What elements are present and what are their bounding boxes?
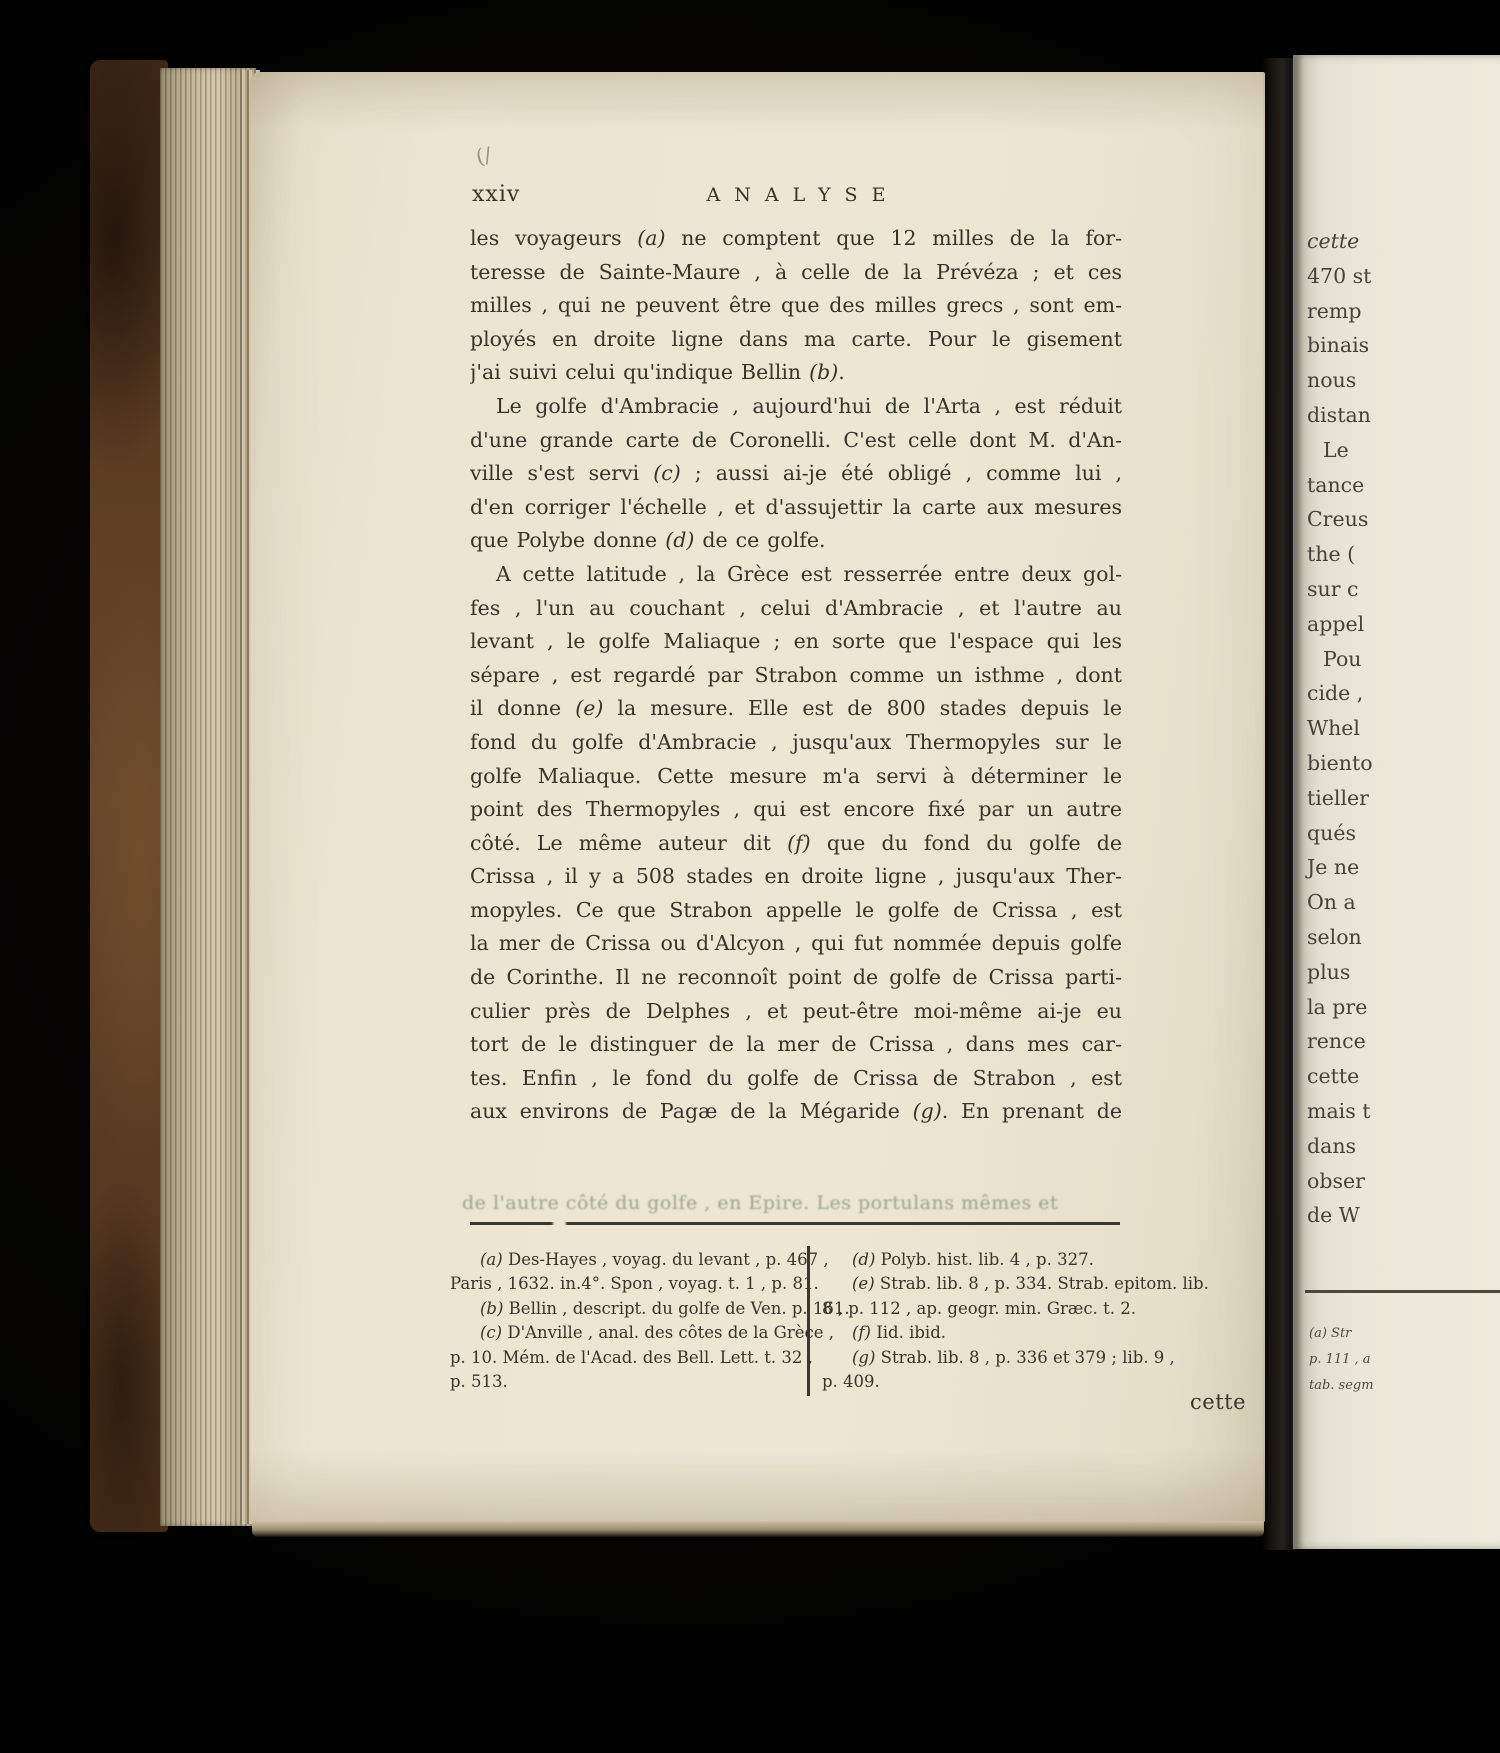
text-line: point des Thermopyles , qui est encore f… [470, 793, 1122, 827]
show-through-text: de l'autre côté du golfe , en Epire. Les… [462, 1192, 1122, 1214]
text-line: côté. Le même auteur dit (f) que du fond… [470, 827, 1122, 861]
text-line: Le golfe d'Ambracie , aujourd'hui de l'A… [470, 390, 1122, 424]
next-page-line: plus [1307, 955, 1500, 990]
next-page-line: the ( [1307, 537, 1500, 572]
text-line: aux environs de Pagæ de la Mégaride (g).… [470, 1095, 1122, 1129]
next-page-line: cide , [1307, 676, 1500, 711]
next-page-line: nous [1307, 363, 1500, 398]
next-page-line: Creus [1307, 502, 1500, 537]
next-page-line: Pou [1307, 642, 1500, 677]
next-page-line: On a [1307, 885, 1500, 920]
next-page-line: sur c [1307, 572, 1500, 607]
book-page-left: (∕ xxiv ANALYSE les voyageurs (a) ne com… [250, 72, 1265, 1522]
book-cover-edge [90, 60, 168, 1532]
footnote-line: (f) Iid. ibid. [822, 1321, 1140, 1345]
footnote-line: p. 10. Mém. de l'Acad. des Bell. Lett. t… [450, 1346, 798, 1370]
next-page-line: Whel [1307, 711, 1500, 746]
text-line: ployés en droite ligne dans ma carte. Po… [470, 323, 1122, 357]
next-page-line: binais [1307, 328, 1500, 363]
next-page-line: obser [1307, 1164, 1500, 1199]
text-line: milles , qui ne peuvent être que des mil… [470, 289, 1122, 323]
next-page-line: qués [1307, 816, 1500, 851]
next-page-line: tieller [1307, 781, 1500, 816]
text-line: j'ai suivi celui qu'indique Bellin (b). [470, 356, 1122, 390]
footnote-column-divider [807, 1246, 810, 1396]
next-page-line: la pre [1307, 990, 1500, 1025]
next-page-line: selon [1307, 920, 1500, 955]
footnote-line: (e) Strab. lib. 8 , p. 334. Strab. epito… [822, 1272, 1140, 1296]
next-page-line: cette [1307, 224, 1500, 259]
text-line: tort de le distinguer de la mer de Criss… [470, 1028, 1122, 1062]
next-page-line: remp [1307, 294, 1500, 329]
text-line: culier près de Delphes , et peut-être mo… [470, 995, 1122, 1029]
text-line: tes. Enfin , le fond du golfe de Crissa … [470, 1062, 1122, 1096]
text-line: golfe Maliaque. Cette mesure m'a servi à… [470, 760, 1122, 794]
next-page-line: distan [1307, 398, 1500, 433]
text-line: de Corinthe. Il ne reconnoît point de go… [470, 961, 1122, 995]
text-line: teresse de Sainte-Maure , à celle de la … [470, 256, 1122, 290]
footnote-line: (d) Polyb. hist. lib. 4 , p. 327. [822, 1248, 1140, 1272]
text-line: les voyageurs (a) ne comptent que 12 mil… [470, 222, 1122, 256]
text-line: d'en corriger l'échelle , et d'assujetti… [470, 491, 1122, 525]
book-photo-scene: (∕ xxiv ANALYSE les voyageurs (a) ne com… [0, 0, 1500, 1753]
footnote-rule [470, 1222, 1120, 1225]
footnote-line: 8 , p. 112 , ap. geogr. min. Græc. t. 2. [822, 1297, 1140, 1321]
catchword: cette [1190, 1390, 1246, 1414]
text-line: fes , l'un au couchant , celui d'Ambraci… [470, 592, 1122, 626]
text-line: mopyles. Ce que Strabon appelle le golfe… [470, 894, 1122, 928]
book-gutter-shadow [1262, 58, 1296, 1550]
footnotes-right-column: (d) Polyb. hist. lib. 4 , p. 327.(e) Str… [822, 1248, 1140, 1394]
handwritten-mark: (∕ [474, 143, 494, 170]
next-page-line: mais t [1307, 1094, 1500, 1129]
next-page-line: cette [1307, 1059, 1500, 1094]
body-text: les voyageurs (a) ne comptent que 12 mil… [470, 222, 1122, 1129]
text-line: d'une grande carte de Coronelli. C'est c… [470, 424, 1122, 458]
next-page-line: 470 st [1307, 259, 1500, 294]
text-line: sépare , est regardé par Strabon comme u… [470, 659, 1122, 693]
footnotes-left-column: (a) Des-Hayes , voyag. du levant , p. 46… [450, 1248, 798, 1394]
book-page-right-partial: cette470 strempbinaisnousdistanLetanceCr… [1293, 55, 1500, 1549]
text-line: levant , le golfe Maliaque ; en sorte qu… [470, 625, 1122, 659]
text-line: Crissa , il y a 508 stades en droite lig… [470, 860, 1122, 894]
footnote-line: (c) D'Anville , anal. des côtes de la Gr… [450, 1321, 798, 1345]
text-line: que Polybe donne (d) de ce golfe. [470, 524, 1122, 558]
footnote-line: (b) Bellin , descript. du golfe de Ven. … [450, 1297, 798, 1321]
running-title: ANALYSE [470, 184, 1122, 206]
footnote-line: p. 513. [450, 1370, 798, 1394]
page-header: xxiv ANALYSE [470, 178, 1122, 212]
next-page-line: Le [1307, 433, 1500, 468]
next-page-footnote-line: p. 111 , a [1309, 1347, 1500, 1373]
next-page-line: rence [1307, 1024, 1500, 1059]
next-page-line: tance [1307, 468, 1500, 503]
next-page-footnote-fragments: (a) Strp. 111 , atab. segm [1309, 1321, 1500, 1399]
next-page-footnote-line: tab. segm [1309, 1373, 1500, 1399]
next-page-line: de W [1307, 1198, 1500, 1233]
next-page-footnote-rule [1305, 1290, 1500, 1293]
footnote-line: (a) Des-Hayes , voyag. du levant , p. 46… [450, 1248, 798, 1272]
text-line: ville s'est servi (c) ; aussi ai-je été … [470, 457, 1122, 491]
next-page-text-fragments: cette470 strempbinaisnousdistanLetanceCr… [1307, 224, 1500, 1233]
text-line: fond du golfe d'Ambracie , jusqu'aux The… [470, 726, 1122, 760]
next-page-line: Je ne [1307, 850, 1500, 885]
next-page-line: dans [1307, 1129, 1500, 1164]
next-page-line: biento [1307, 746, 1500, 781]
bottom-page-edges [252, 1521, 1264, 1537]
footnote-line: (g) Strab. lib. 8 , p. 336 et 379 ; lib.… [822, 1346, 1140, 1370]
footnote-line: p. 409. [822, 1370, 1140, 1394]
text-line: il donne (e) la mesure. Elle est de 800 … [470, 692, 1122, 726]
footnote-line: Paris , 1632. in.4°. Spon , voyag. t. 1 … [450, 1272, 798, 1296]
next-page-line: appel [1307, 607, 1500, 642]
next-page-footnote-line: (a) Str [1309, 1321, 1500, 1347]
text-line: la mer de Crissa ou d'Alcyon , qui fut n… [470, 927, 1122, 961]
text-line: A cette latitude , la Grèce est resserré… [470, 558, 1122, 592]
